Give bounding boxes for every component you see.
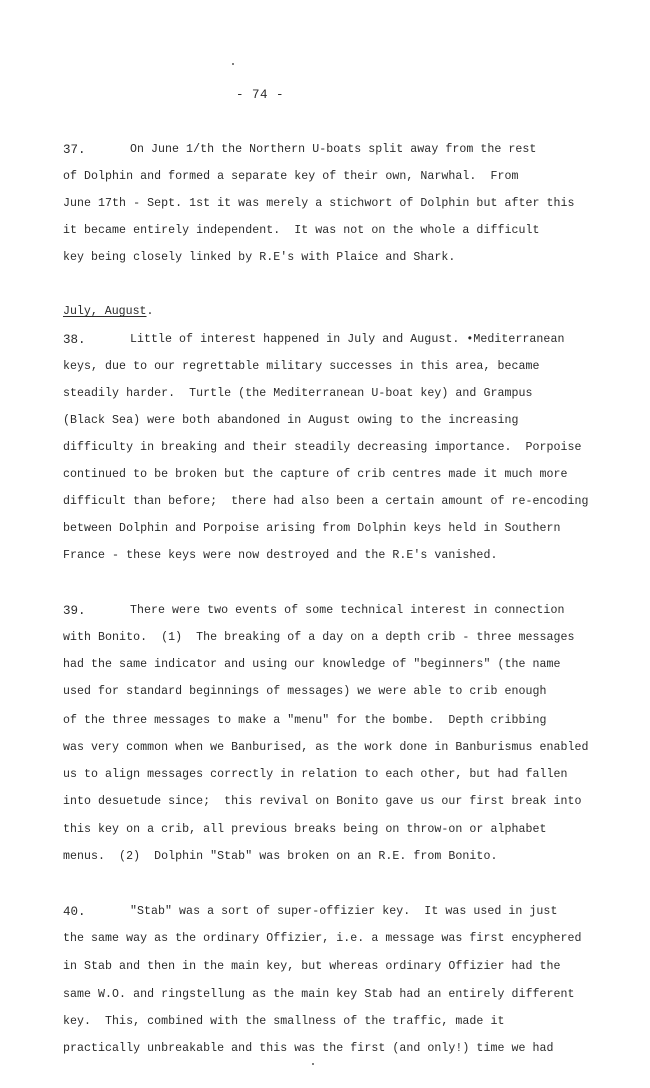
text-line: menus. (2) Dolphin "Stab" was broken on …	[63, 850, 497, 864]
paragraph-number: 38.	[63, 333, 86, 347]
text-line: this key on a crib, all previous breaks …	[63, 823, 547, 837]
text-line: practically unbreakable and this was the…	[63, 1042, 554, 1056]
text-line: There were two events of some technical …	[130, 604, 564, 618]
text-line: was very common when we Banburised, as t…	[63, 741, 589, 755]
paper-speck	[232, 63, 234, 65]
document-page: - 74 - 37. On June 1/th the Northern U-b…	[0, 0, 650, 1088]
text-line: it became entirely independent. It was n…	[63, 224, 540, 238]
text-line: France - these keys were now destroyed a…	[63, 549, 497, 563]
text-line: continued to be broken but the capture o…	[63, 468, 568, 482]
paper-speck	[312, 1063, 314, 1065]
page-number: - 74 -	[0, 88, 520, 102]
text-line: (Black Sea) were both abandoned in Augus…	[63, 414, 518, 428]
text-line: into desuetude since; this revival on Bo…	[63, 795, 582, 809]
text-line: difficult than before; there had also be…	[63, 495, 589, 509]
text-line: "Stab" was a sort of super-offizier key.…	[130, 905, 557, 919]
text-line: difficulty in breaking and their steadil…	[63, 441, 582, 455]
text-line: of the three messages to make a "menu" f…	[63, 714, 547, 728]
text-line: used for standard beginnings of messages…	[63, 685, 547, 699]
text-line: in Stab and then in the main key, but wh…	[63, 960, 561, 974]
text-line: key being closely linked by R.E's with P…	[63, 251, 455, 265]
text-line: of Dolphin and formed a separate key of …	[63, 170, 518, 184]
paragraph-number: 37.	[63, 143, 86, 157]
text-line: On June 1/th the Northern U-boats split …	[130, 143, 536, 157]
paragraph-number: 39.	[63, 604, 86, 618]
text-line: Little of interest happened in July and …	[130, 333, 564, 347]
text-line: same W.O. and ringstellung as the main k…	[63, 988, 575, 1002]
text-line: us to align messages correctly in relati…	[63, 768, 568, 782]
text-line: keys, due to our regrettable military su…	[63, 360, 540, 374]
heading-period: .	[147, 305, 154, 319]
text-line: with Bonito. (1) The breaking of a day o…	[63, 631, 575, 645]
text-line: key. This, combined with the smallness o…	[63, 1015, 504, 1029]
paragraph-number: 40.	[63, 905, 86, 919]
text-line: the same way as the ordinary Offizier, i…	[63, 932, 582, 946]
section-heading: July, August.	[63, 305, 153, 319]
text-line: between Dolphin and Porpoise arising fro…	[63, 522, 561, 536]
heading-text: July, August	[63, 305, 147, 318]
text-line: had the same indicator and using our kno…	[63, 658, 561, 672]
text-line: June 17th - Sept. 1st it was merely a st…	[63, 197, 575, 211]
text-line: steadily harder. Turtle (the Mediterrane…	[63, 387, 533, 401]
